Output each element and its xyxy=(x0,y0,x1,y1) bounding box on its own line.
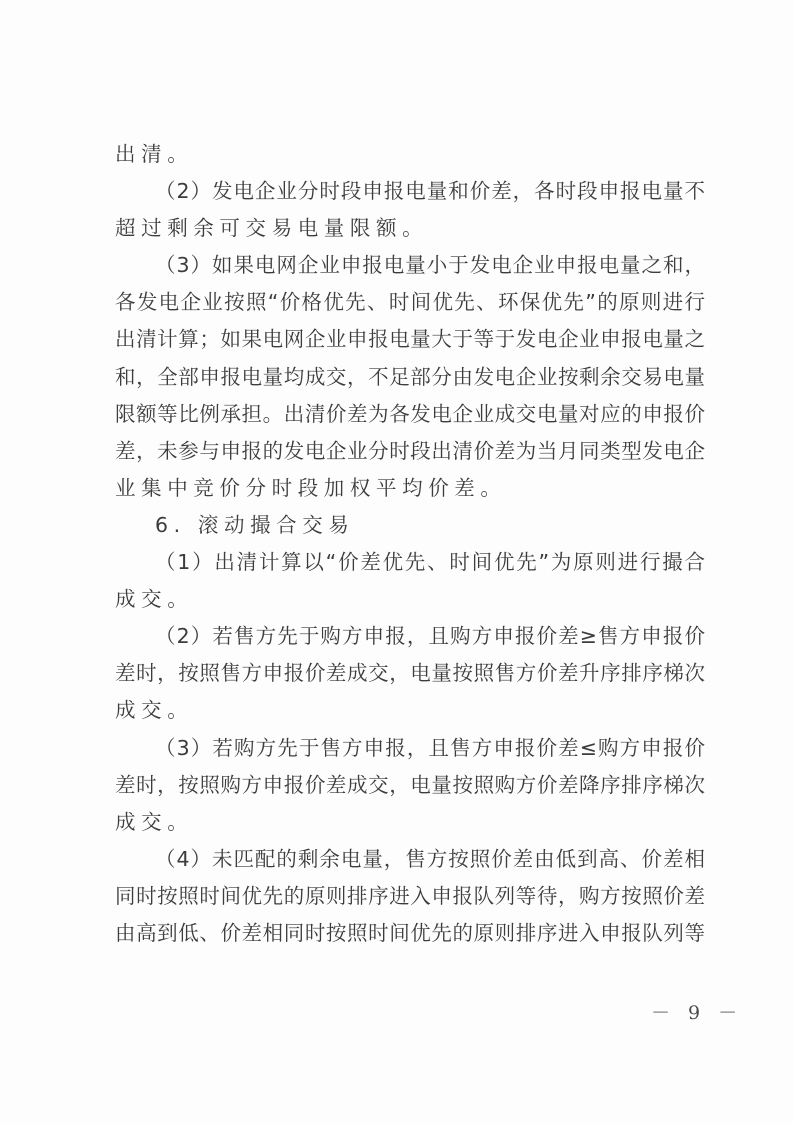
text-line: 同时按照时间优先的原则排序进入申报队列等待，购方按照价差 xyxy=(115,878,705,915)
text-line: 各发电企业按照“价格优先、时间优先、环保优先”的原则进行 xyxy=(115,284,705,321)
text-line: 超过剩余可交易电量限额。 xyxy=(115,210,705,247)
paragraph-4-line: （4）未匹配的剩余电量，售方按照价差由低到高、价差相 xyxy=(115,841,705,878)
page-number: － 9 － xyxy=(651,998,743,1025)
text-line: 差时，按照购方申报价差成交，电量按照购方价差降序排序梯次 xyxy=(115,767,705,804)
text-line: 和，全部申报电量均成交，不足部分由发电企业按剩余交易电量 xyxy=(115,359,705,396)
text-line: 成交。 xyxy=(115,692,705,729)
paragraph-3-line: （3）若购方先于售方申报，且售方申报价差≤购方申报价 xyxy=(115,730,705,767)
document-page: 出清。 （2）发电企业分时段申报电量和价差，各时段申报电量不 超过剩余可交易电量… xyxy=(0,0,794,1123)
paragraph-2-line: （2）发电企业分时段申报电量和价差，各时段申报电量不 xyxy=(115,173,705,210)
text-line: 成交。 xyxy=(115,804,705,841)
paragraph-1-line: （1）出清计算以“价差优先、时间优先”为原则进行撮合 xyxy=(115,544,705,581)
text-line: 业集中竞价分时段加权平均价差。 xyxy=(115,470,705,507)
paragraph-2-line: （2）若售方先于购方申报，且购方申报价差≥售方申报价 xyxy=(115,618,705,655)
text-line: 出清。 xyxy=(115,136,705,173)
text-line: 差，未参与申报的发电企业分时段出清价差为当月同类型发电企 xyxy=(115,433,705,470)
text-line: 限额等比例承担。出清价差为各发电企业成交电量对应的申报价 xyxy=(115,396,705,433)
paragraph-3-line: （3）如果电网企业申报电量小于发电企业申报电量之和， xyxy=(115,247,705,284)
text-line: 出清计算；如果电网企业申报电量大于等于发电企业申报电量之 xyxy=(115,321,705,358)
text-line: 成交。 xyxy=(115,581,705,618)
text-line: 差时，按照售方申报价差成交，电量按照售方价差升序排序梯次 xyxy=(115,655,705,692)
text-line: 由高到低、价差相同时按照时间优先的原则排序进入申报队列等 xyxy=(115,915,705,952)
body-text: 出清。 （2）发电企业分时段申报电量和价差，各时段申报电量不 超过剩余可交易电量… xyxy=(115,136,705,952)
section-heading: 6. 滚动撮合交易 xyxy=(115,507,705,544)
